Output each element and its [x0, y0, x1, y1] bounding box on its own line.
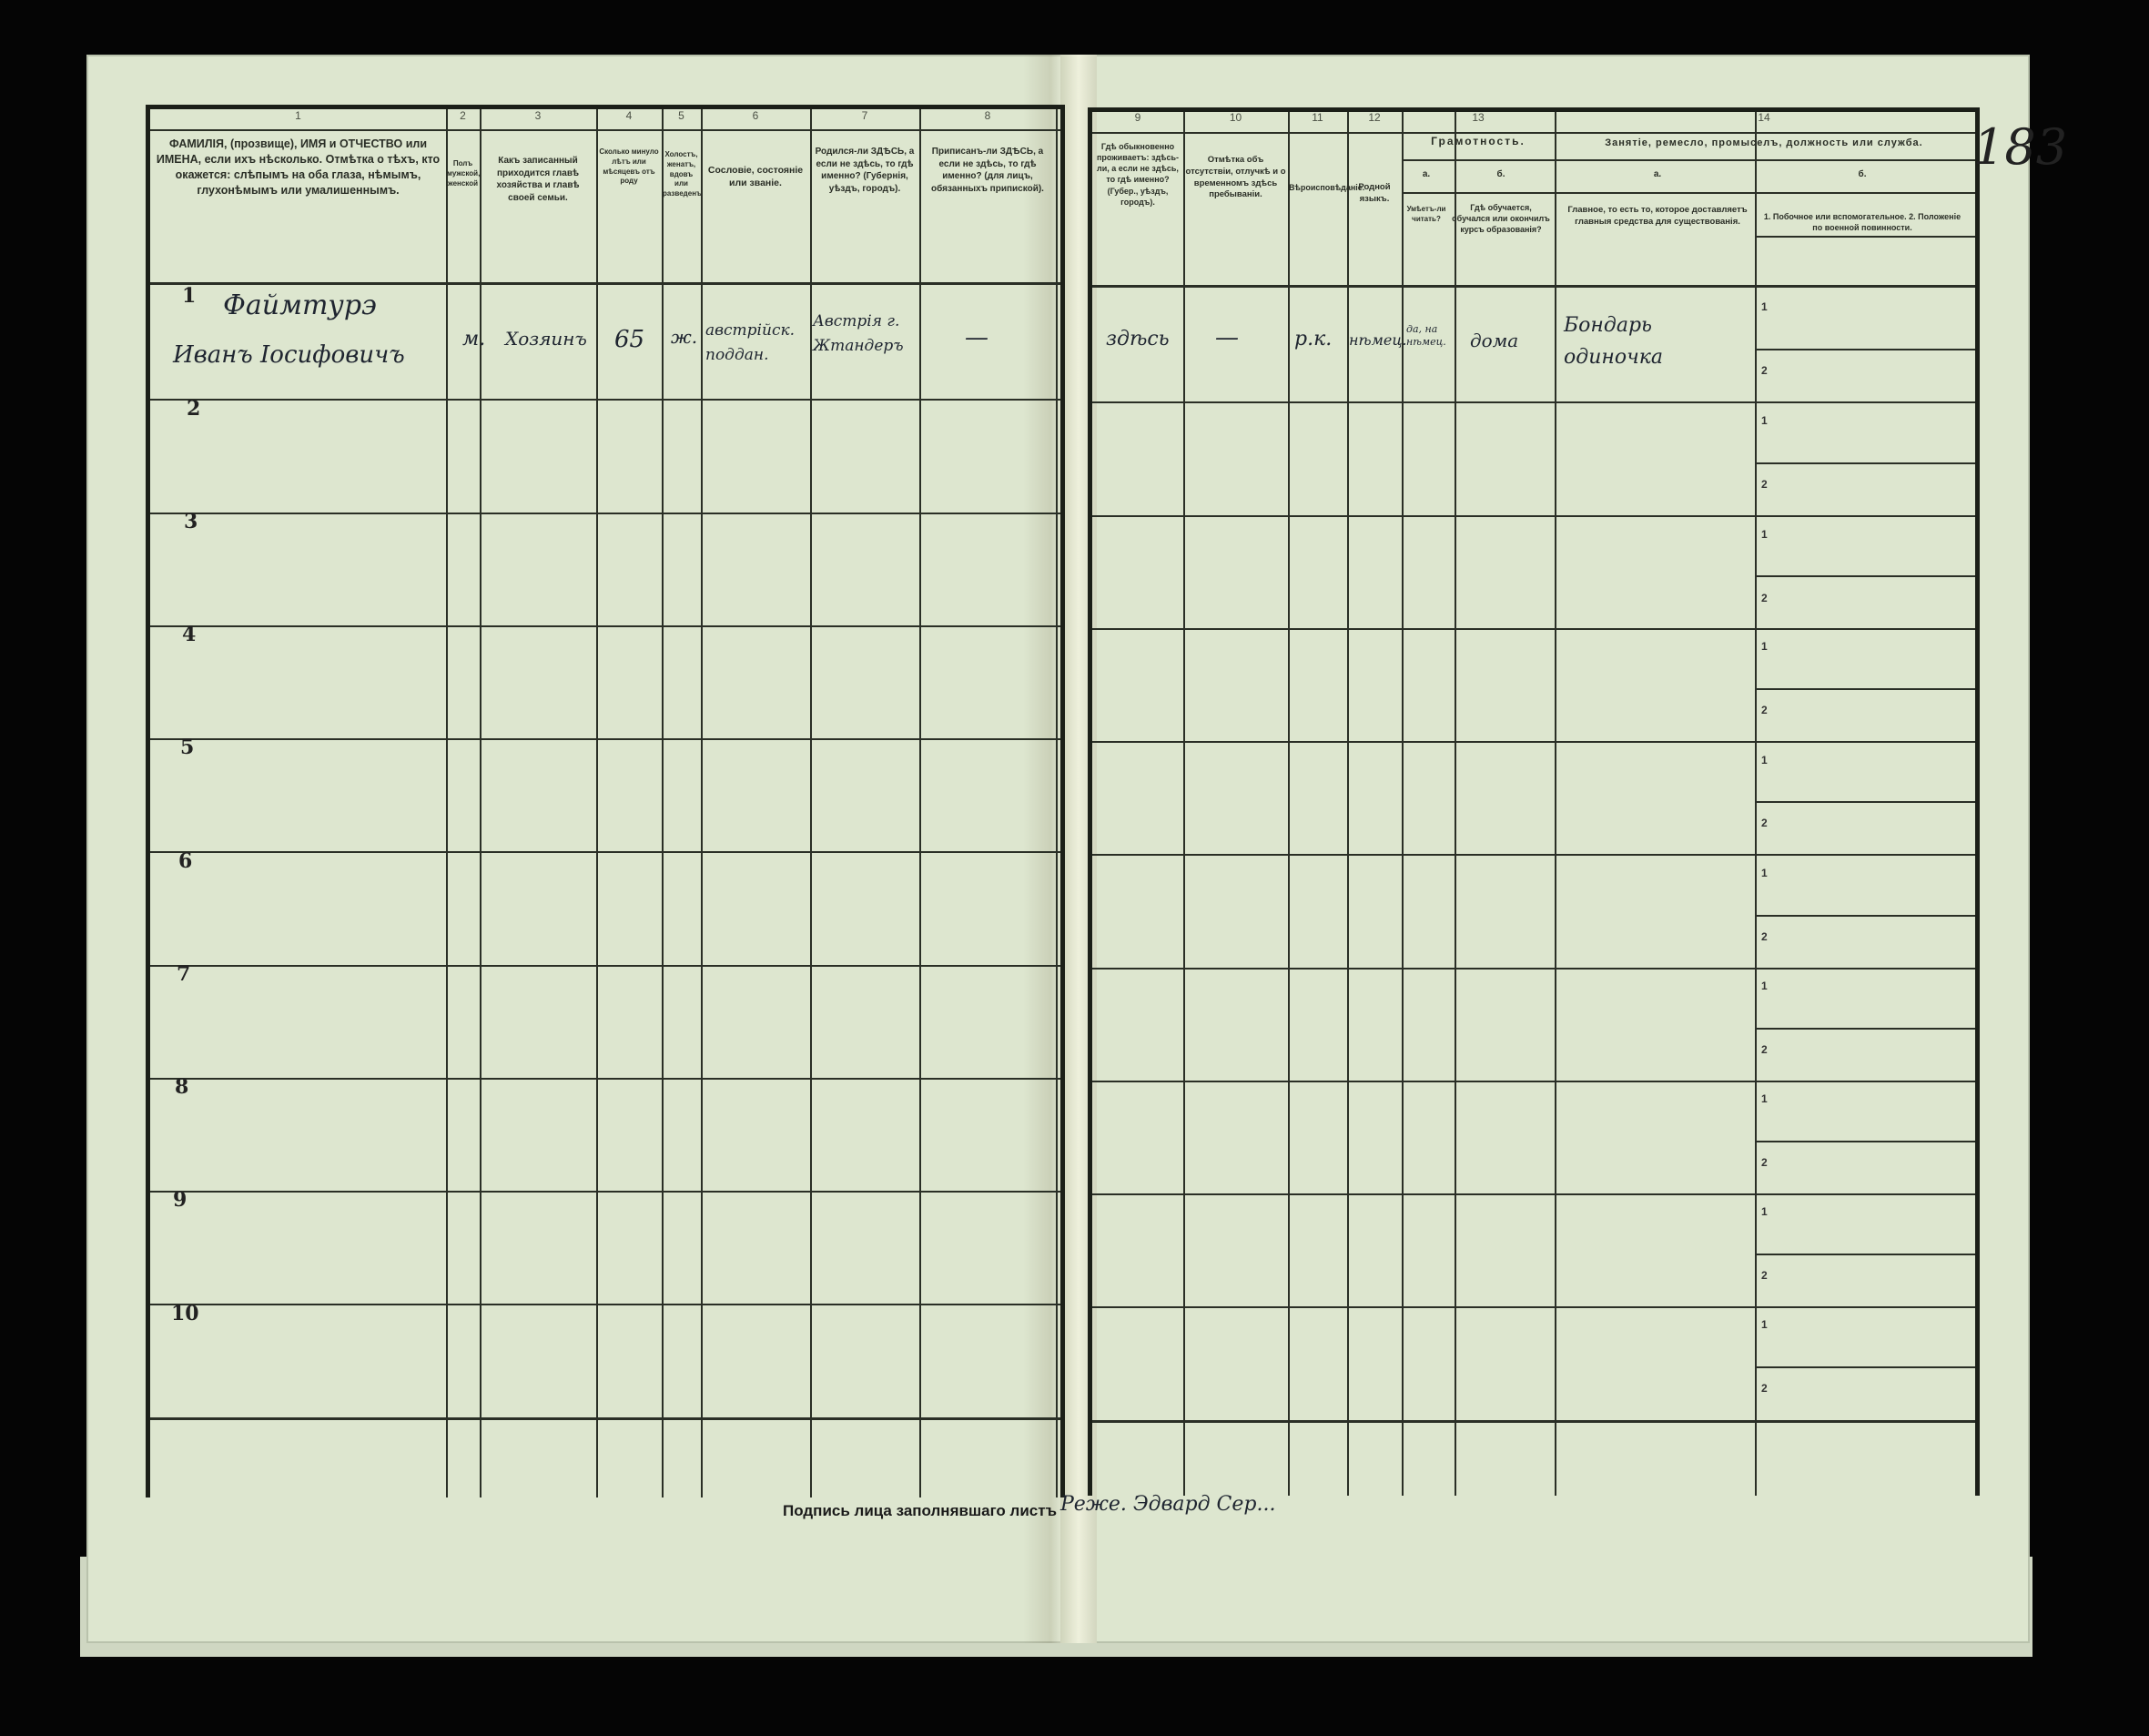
signature: Реже. Эдвард Сер... [1060, 1493, 1275, 1516]
entry-birthplace: Австрія г. Жтандеръ [813, 310, 917, 359]
header-col-11: Вѣроисповѣданіе. [1289, 182, 1346, 193]
header-col-14a: Главное, то есть то, которое доставляетъ… [1558, 205, 1757, 228]
col-num-12: 12 [1347, 111, 1402, 124]
entry-occupation: Бондарь одиночка [1564, 310, 1750, 373]
sub-label-1: 1 [1761, 300, 1768, 313]
header-col-13a-letter: а. [1404, 168, 1449, 181]
entry-given-name: Иванъ Іосифовичъ [173, 341, 405, 369]
row-number-6: 6 [178, 849, 192, 873]
row-number-10: 10 [171, 1302, 199, 1325]
col-num-5: 5 [662, 109, 701, 122]
entry-age: 65 [614, 326, 644, 353]
header-col-14b-letter: б. [1757, 168, 1968, 181]
entry-marital: ж. [671, 326, 697, 348]
row-number-2: 2 [187, 397, 200, 421]
header-col-5: Холостъ, женатъ, вдовъ или разведенъ [663, 150, 700, 199]
header-col-14b: 1. Побочное или вспомогательное. 2. Поло… [1759, 211, 1966, 233]
header-col-1: ФАМИЛІЯ, (прозвище), ИМЯ и ОТЧЕСТВО или … [155, 137, 441, 198]
sub-label-2: 2 [1761, 1156, 1768, 1169]
row-number-5: 5 [180, 736, 194, 759]
entry-language: нѣмец. [1349, 331, 1407, 349]
header-col-13: Грамотность. [1404, 134, 1553, 148]
header-col-7: Родился-ли ЗДѢСЬ, а если не здѣсь, то гд… [813, 146, 917, 195]
sub-label-1: 1 [1761, 528, 1768, 541]
row-number-1: 1 [182, 284, 196, 308]
row-number-4: 4 [182, 623, 196, 646]
col-num-11: 11 [1288, 111, 1347, 124]
header-col-9: Гдѣ обыкновенно проживаетъ: здѣсь-ли, а … [1094, 141, 1181, 208]
entry-absence: — [1215, 324, 1239, 351]
header-col-4: Сколько минуло лѣтъ или мѣсяцевъ отъ род… [597, 147, 661, 187]
col-num-13: 13 [1402, 111, 1555, 124]
row-number-8: 8 [175, 1075, 188, 1099]
entry-registered: — [965, 324, 988, 351]
entry-estate: австрійск. поддан. [705, 319, 806, 368]
sub-label-1: 1 [1761, 867, 1768, 879]
entry-religion: р.к. [1294, 328, 1332, 350]
entry-literate: да, на нѣмец. [1406, 323, 1447, 350]
col-num-4: 4 [596, 109, 662, 122]
header-col-13b: Гдѣ обучается, обучался или окончилъ кур… [1451, 202, 1551, 235]
col-num-2: 2 [446, 109, 480, 122]
sub-label-2: 2 [1761, 1043, 1768, 1056]
sub-label-2: 2 [1761, 1382, 1768, 1395]
sub-label-2: 2 [1761, 478, 1768, 491]
sub-label-2: 2 [1761, 704, 1768, 716]
col-num-14: 14 [1555, 111, 1973, 124]
col-num-7: 7 [810, 109, 919, 122]
signature-label: Подпись лица заполнявшаго листъ [783, 1502, 1057, 1520]
entry-education: дома [1470, 330, 1518, 351]
entry-residence: здѣсь [1106, 328, 1170, 350]
header-col-13b-letter: б. [1451, 168, 1551, 181]
page-number: 183 [1973, 118, 2067, 176]
col-num-6: 6 [701, 109, 810, 122]
sub-label-2: 2 [1761, 817, 1768, 829]
col-num-9: 9 [1092, 111, 1183, 124]
header-col-13a: Умѣетъ-ли читать? [1404, 205, 1449, 225]
col-num-3: 3 [480, 109, 596, 122]
sub-label-1: 1 [1761, 980, 1768, 992]
header-col-2: Полъ мужской, женской [447, 159, 479, 188]
sub-label-1: 1 [1761, 640, 1768, 653]
col-num-8: 8 [919, 109, 1056, 122]
col-num-1: 1 [150, 109, 446, 122]
header-col-12: Родной языкъ. [1348, 182, 1401, 206]
entry-surname: Файмтурэ [223, 289, 377, 321]
header-col-14: Занятіе, ремесло, промыселъ, должность и… [1558, 137, 1970, 150]
sub-label-1: 1 [1761, 414, 1768, 427]
sub-label-2: 2 [1761, 364, 1768, 377]
row-number-3: 3 [184, 510, 198, 533]
sub-label-1: 1 [1761, 754, 1768, 766]
sub-label-2: 2 [1761, 930, 1768, 943]
row-number-9: 9 [173, 1188, 187, 1212]
header-col-3: Какъ записанный приходится главѣ хозяйст… [482, 155, 593, 204]
right-page-table [1088, 107, 1980, 1496]
sub-label-1: 1 [1761, 1318, 1768, 1331]
header-col-10: Отмѣтка объ отсутствіи, отлучкѣ и о врем… [1185, 155, 1286, 201]
sub-label-1: 1 [1761, 1205, 1768, 1218]
sub-label-1: 1 [1761, 1092, 1768, 1105]
entry-relation: Хозяинъ [505, 328, 587, 350]
header-col-8: Приписанъ-ли ЗДѢСЬ, а если не здѣсь, то … [922, 146, 1053, 195]
col-num-10: 10 [1183, 111, 1288, 124]
row-number-7: 7 [177, 962, 190, 986]
entry-sex: м. [462, 328, 485, 350]
header-col-6: Сословіе, состояніе или званіе. [704, 164, 807, 189]
sub-label-2: 2 [1761, 592, 1768, 604]
header-col-14a-letter: а. [1558, 168, 1757, 181]
sub-label-2: 2 [1761, 1269, 1768, 1282]
